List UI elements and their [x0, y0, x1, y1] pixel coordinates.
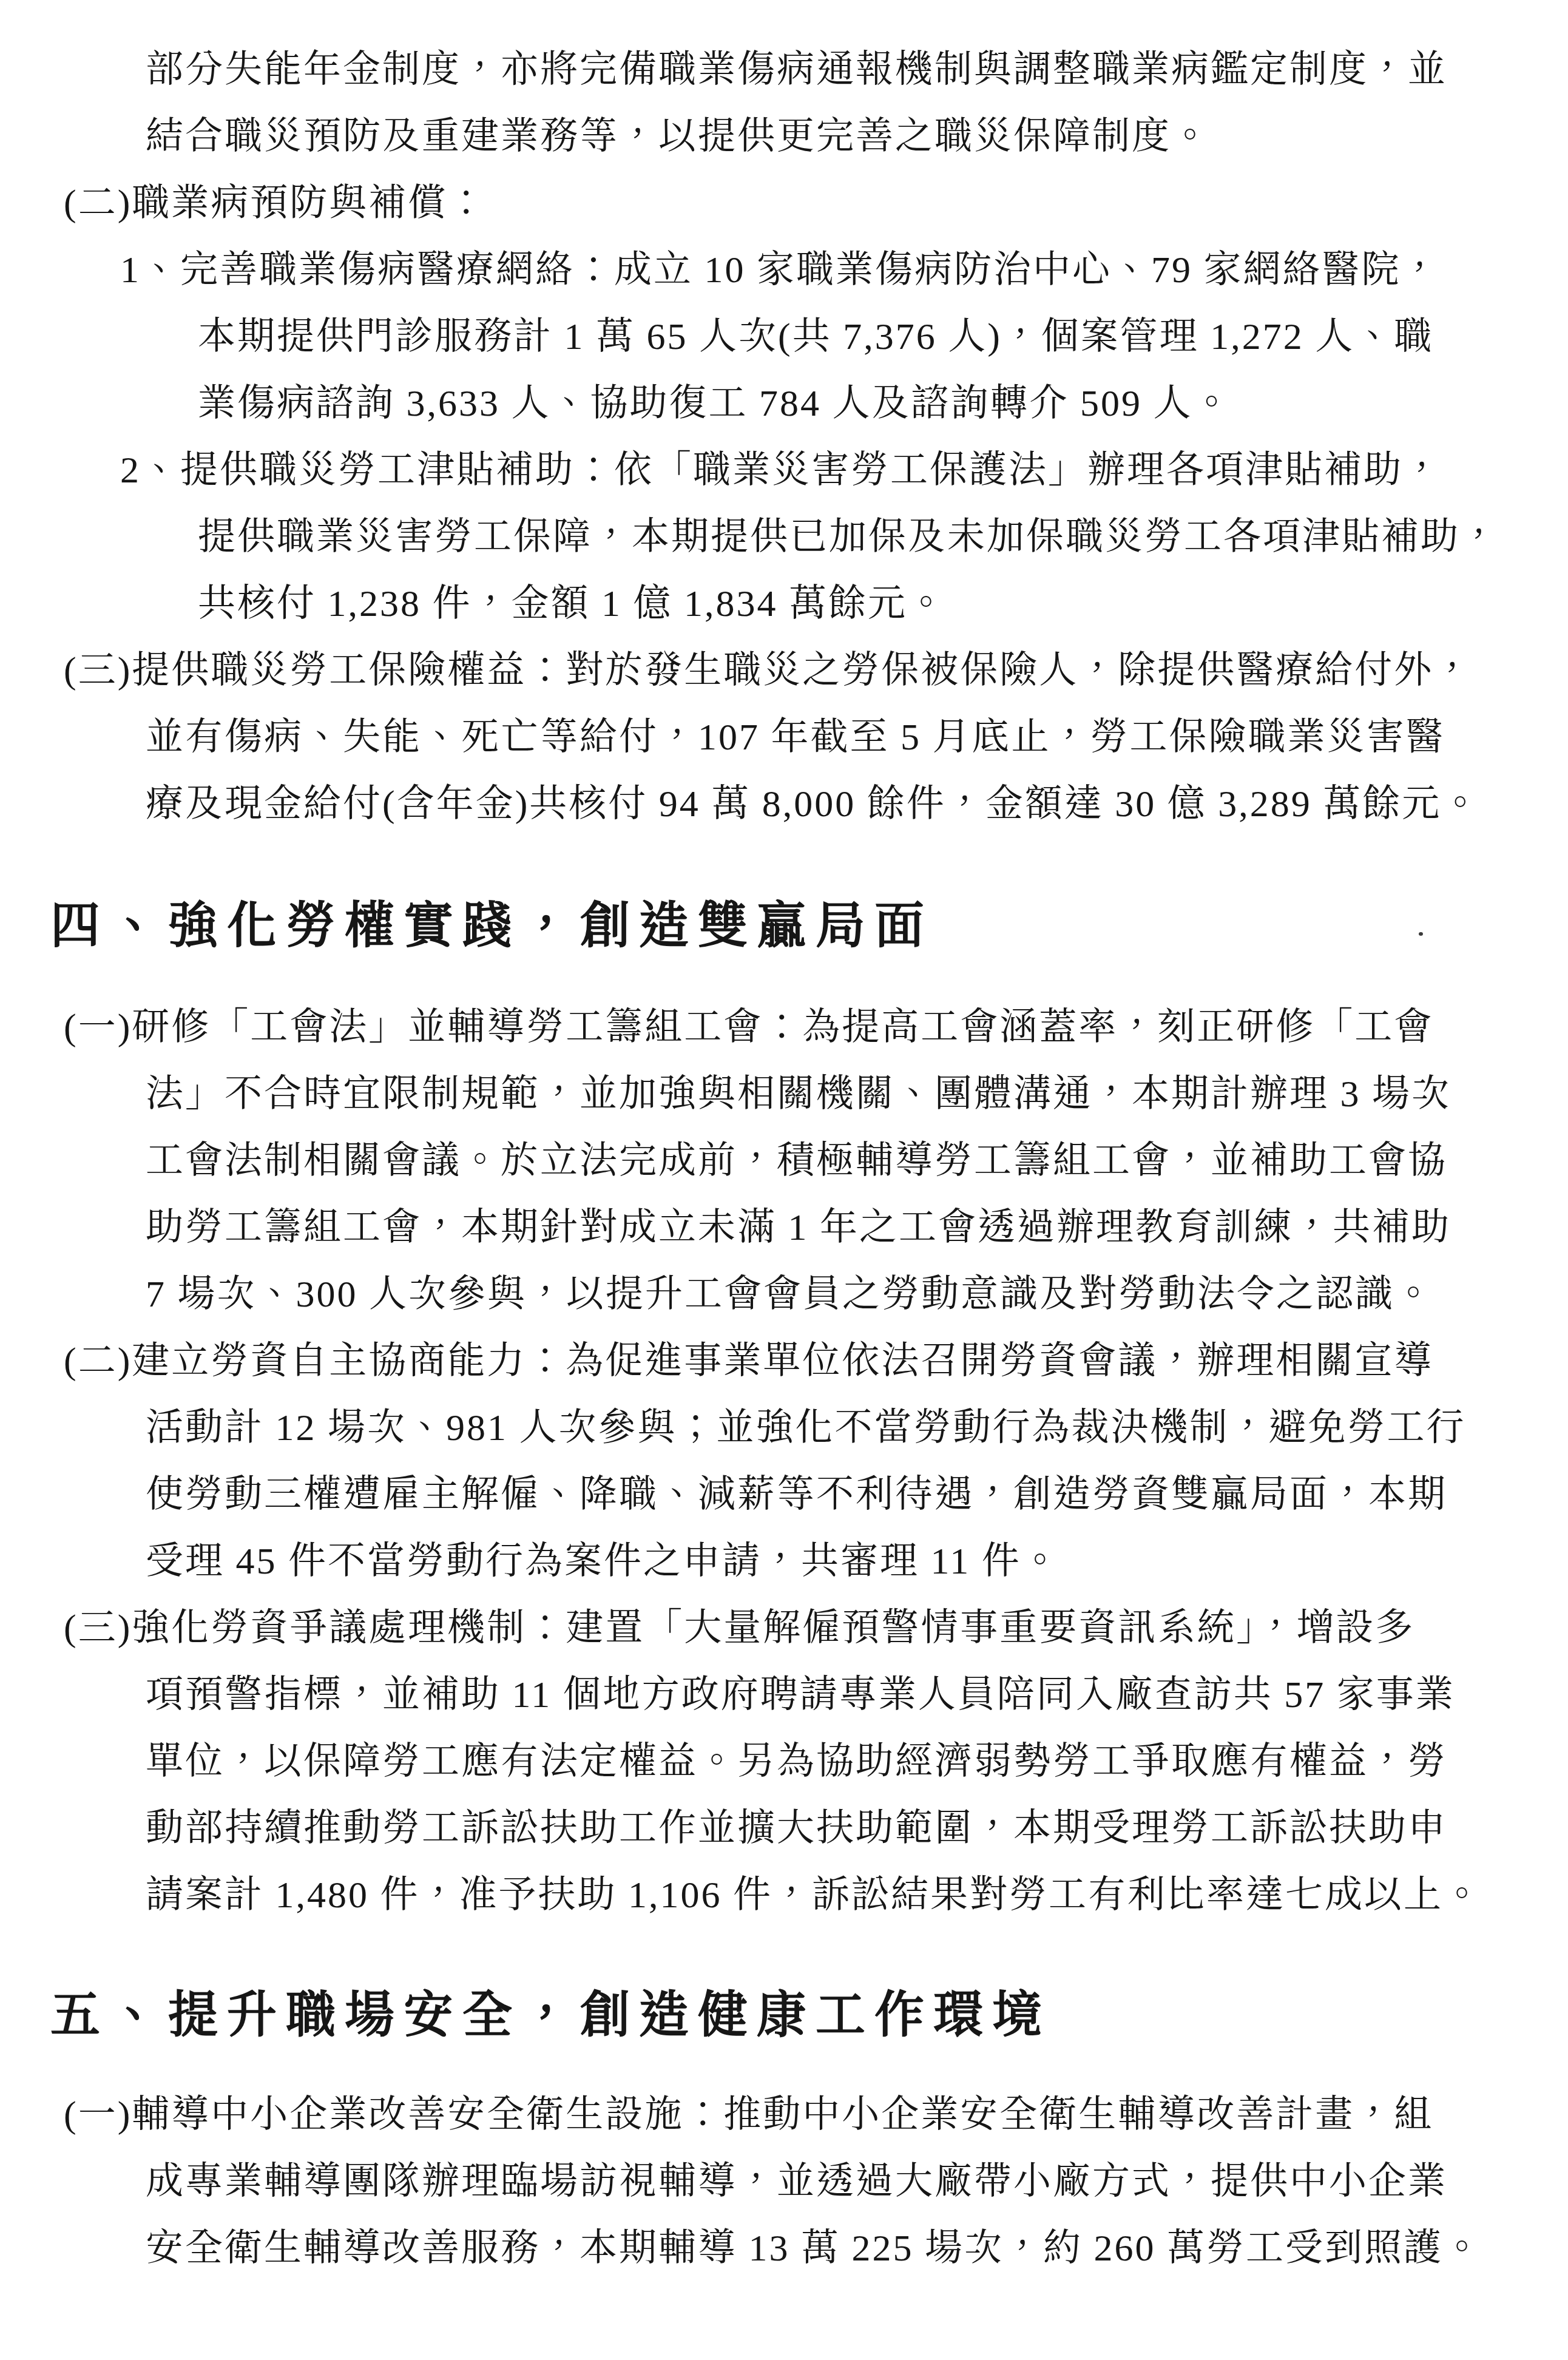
text-line: 療及現金給付(含年金)共核付 94 萬 8,000 餘件，金額達 30 億 3,…: [0, 771, 1568, 837]
text-line: 共核付 1,238 件，金額 1 億 1,834 萬餘元。: [0, 570, 1568, 637]
text-line: 並有傷病、失能、死亡等給付，107 年截至 5 月底止，勞工保險職業災害醫: [0, 704, 1568, 771]
text-line: 業傷病諮詢 3,633 人、協助復工 784 人及諮詢轉介 509 人。: [0, 370, 1568, 437]
text-line: (二)建立勞資自主協商能力：為促進事業單位依法召開勞資會議，辦理相關宣導: [0, 1328, 1568, 1395]
text-line: (三)提供職災勞工保險權益：對於發生職災之勞保被保險人，除提供醫療給付外，: [0, 637, 1568, 704]
text-line: 助勞工籌組工會，本期針對成立未滿 1 年之工會透過辦理教育訓練，共補助: [0, 1194, 1568, 1261]
text-line: 受理 45 件不當勞動行為案件之申請，共審理 11 件。: [0, 1528, 1568, 1595]
text-line: 動部持續推動勞工訴訟扶助工作並擴大扶助範圍，本期受理勞工訴訟扶助申: [0, 1795, 1568, 1862]
text-line: 本期提供門診服務計 1 萬 65 人次(共 7,376 人)，個案管理 1,27…: [0, 303, 1568, 370]
text-line: 提供職業災害勞工保障，本期提供已加保及未加保職災勞工各項津貼補助，: [0, 504, 1568, 570]
text-line: (一)研修「工會法」並輔導勞工籌組工會：為提高工會涵蓋率，刻正研修「工會: [0, 994, 1568, 1061]
text-line: 部分失能年金制度，亦將完備職業傷病通報機制與調整職業病鑑定制度，並: [0, 36, 1568, 103]
text-line: 請案計 1,480 件，准予扶助 1,106 件，訴訟結果對勞工有利比率達七成以…: [0, 1862, 1568, 1929]
text-line: (三)強化勞資爭議處理機制：建置「大量解僱預警情事重要資訊系統」，增設多: [0, 1595, 1568, 1662]
scan-speck: [1419, 932, 1423, 936]
text-line: 7 場次、300 人次參與，以提升工會會員之勞動意識及對勞動法令之認識。: [0, 1261, 1568, 1328]
text-line: 單位，以保障勞工應有法定權益。另為協助經濟弱勢勞工爭取應有權益，勞: [0, 1728, 1568, 1795]
text-line: 工會法制相關會議。於立法完成前，積極輔導勞工籌組工會，並補助工會協: [0, 1128, 1568, 1194]
text-line: 活動計 12 場次、981 人次參與；並強化不當勞動行為裁決機制，避免勞工行: [0, 1395, 1568, 1461]
text-line: 2、提供職災勞工津貼補助：依「職業災害勞工保護法」辦理各項津貼補助，: [0, 437, 1568, 504]
text-line: 使勞動三權遭雇主解僱、降職、減薪等不利待遇，創造勞資雙贏局面，本期: [0, 1461, 1568, 1528]
scanned-document-page: 部分失能年金制度，亦將完備職業傷病通報機制與調整職業病鑑定制度，並 結合職災預防…: [0, 0, 1568, 2360]
text-line: (一)輔導中小企業改善安全衛生設施：推動中小企業安全衛生輔導改善計畫，組: [0, 2081, 1568, 2148]
text-line: 1、完善職業傷病醫療網絡：成立 10 家職業傷病防治中心、79 家網絡醫院，: [0, 237, 1568, 303]
text-line: 項預警指標，並補助 11 個地方政府聘請專業人員陪同入廠查訪共 57 家事業: [0, 1662, 1568, 1728]
text-line: 法」不合時宜限制規範，並加強與相關機關、團體溝通，本期計辦理 3 場次: [0, 1061, 1568, 1128]
text-line: 結合職災預防及重建業務等，以提供更完善之職災保障制度。: [0, 103, 1568, 170]
section-5-heading: 五、提升職場安全，創造健康工作環境: [0, 1973, 1568, 2058]
section-4-heading: 四、強化勞權實踐，創造雙贏局面: [0, 884, 1568, 969]
text-line: 安全衛生輔導改善服務，本期輔導 13 萬 225 場次，約 260 萬勞工受到照…: [0, 2215, 1568, 2282]
subsection-2-title: (二)職業病預防與補償：: [0, 170, 1568, 237]
document-body: 部分失能年金制度，亦將完備職業傷病通報機制與調整職業病鑑定制度，並 結合職災預防…: [0, 0, 1568, 2282]
text-line: 成專業輔導團隊辦理臨場訪視輔導，並透過大廠帶小廠方式，提供中小企業: [0, 2148, 1568, 2215]
